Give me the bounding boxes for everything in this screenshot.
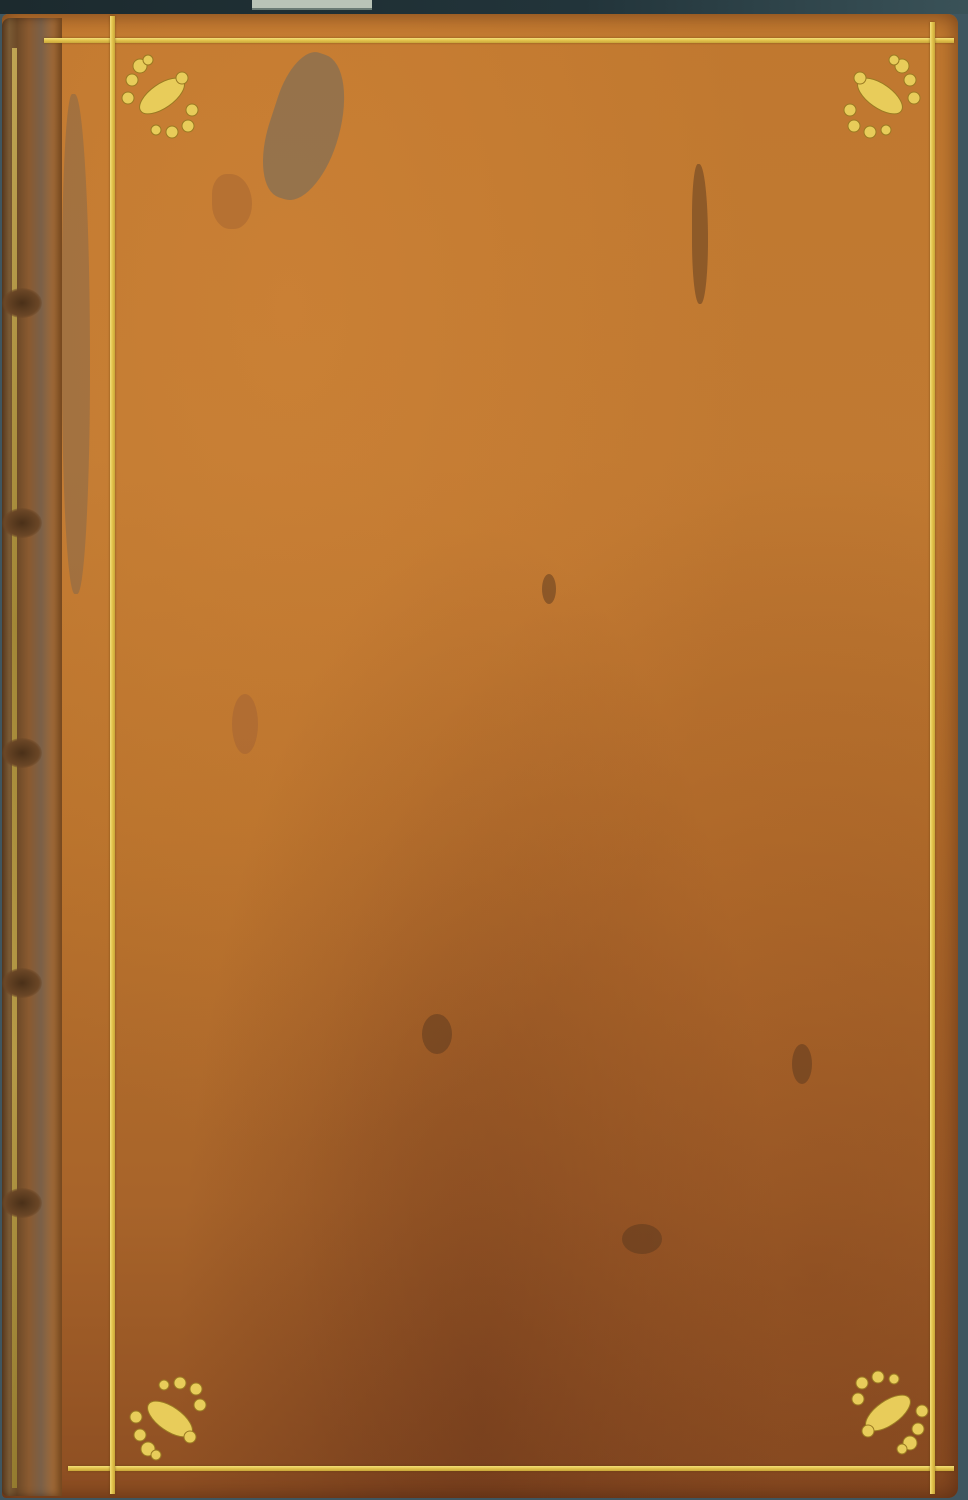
fleuron-icon (120, 48, 210, 143)
corner-ornament-top-left-icon (120, 48, 210, 143)
speck (622, 1224, 662, 1254)
corner-ornament-bottom-right-icon (840, 1366, 930, 1461)
spine-raised-band (2, 288, 42, 318)
spine-raised-band (2, 1188, 42, 1218)
wear-stain (692, 164, 708, 304)
scanner-tab (252, 0, 372, 10)
fleuron-icon (128, 1372, 218, 1467)
speck (542, 574, 556, 604)
gilt-fillet-right (930, 22, 935, 1494)
speck (422, 1014, 452, 1054)
speck (792, 1044, 812, 1084)
spine-gilt-line (12, 48, 17, 1488)
spine-raised-band (2, 968, 42, 998)
speck (232, 694, 258, 754)
corner-ornament-bottom-left-icon (128, 1372, 218, 1467)
background-strip (0, 0, 968, 14)
fleuron-icon (840, 1366, 930, 1461)
gilt-fillet-left (110, 16, 115, 1494)
fleuron-icon (832, 48, 922, 143)
wear-stain (249, 45, 362, 209)
gilt-fillet-top (44, 38, 954, 43)
wear-stain (212, 174, 252, 229)
wear-stain (62, 94, 90, 594)
spine-raised-band (2, 738, 42, 768)
corner-ornament-top-right-icon (832, 48, 922, 143)
spine-raised-band (2, 508, 42, 538)
book-cover (2, 14, 958, 1498)
book-spine (2, 18, 62, 1496)
